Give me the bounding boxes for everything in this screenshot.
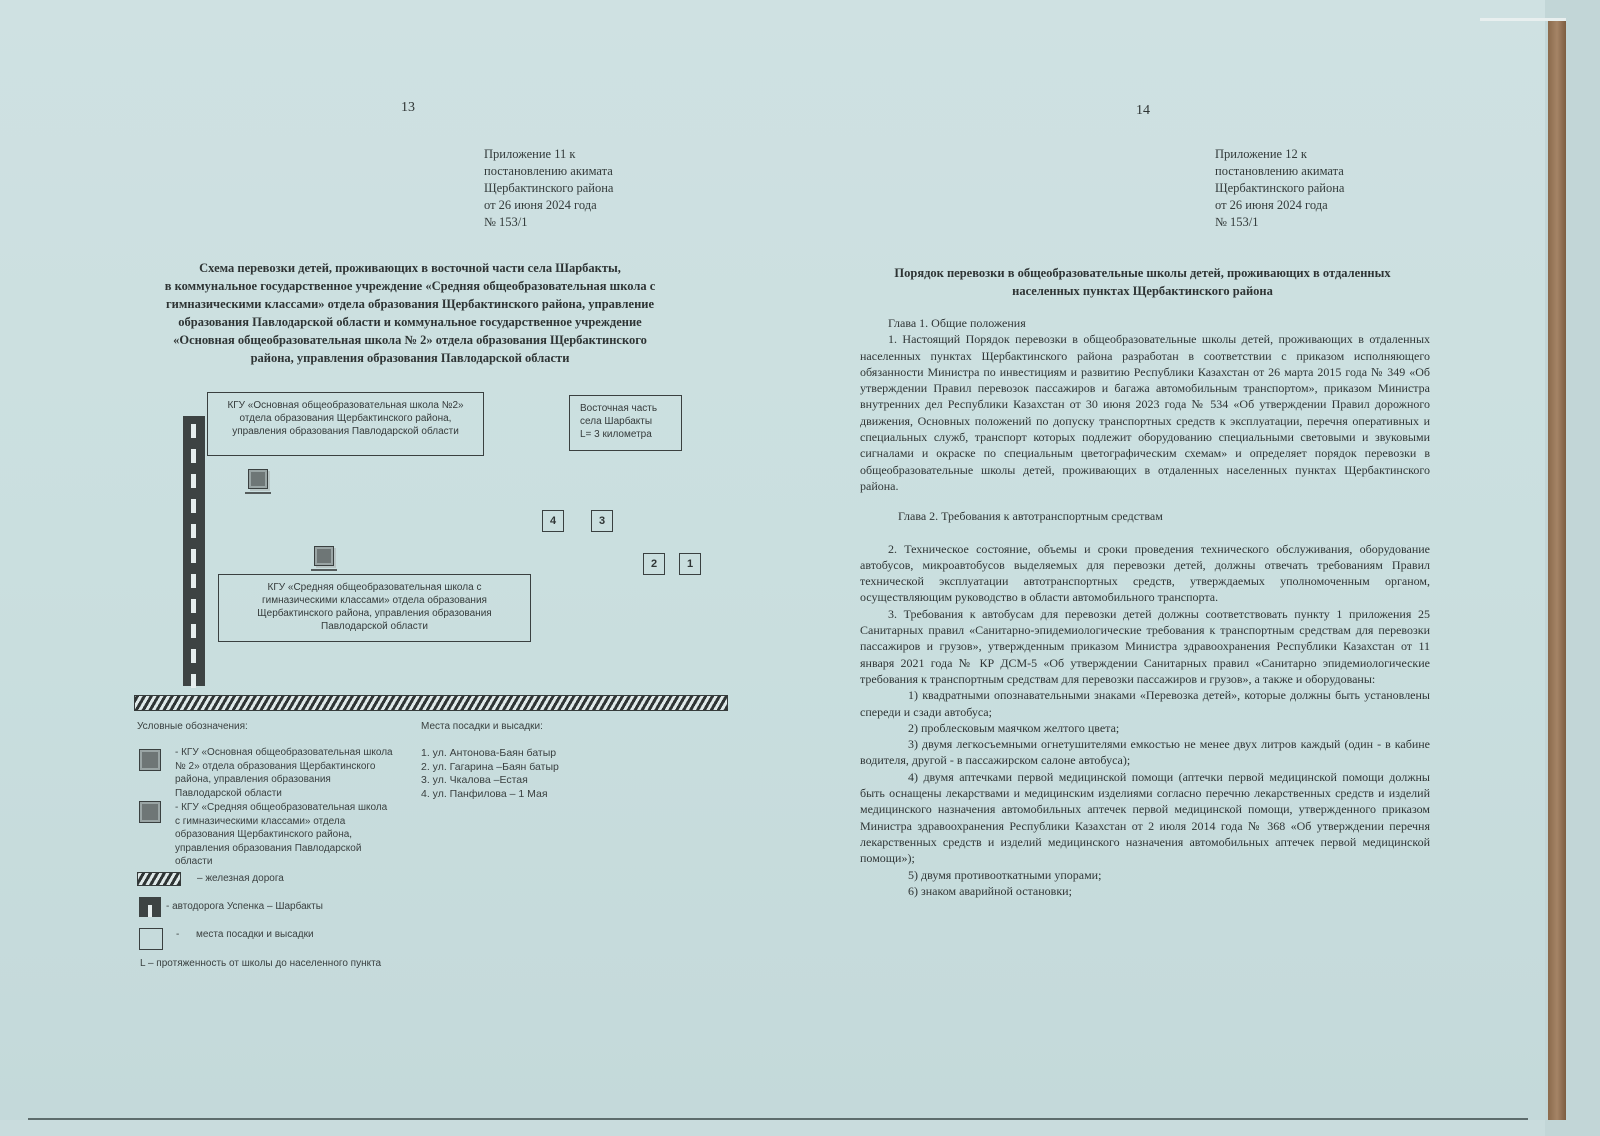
road-dash	[191, 674, 196, 688]
page-bottom-edge	[28, 1118, 1528, 1120]
east-box-line: Восточная часть	[580, 402, 671, 415]
paper-edge	[1480, 18, 1566, 21]
road-dash	[191, 549, 196, 563]
appendix-line: постановлению акимата	[484, 163, 613, 180]
order-body: Глава 1. Общие положения 1. Настоящий По…	[860, 315, 1430, 899]
paragraph-1: 1. Настоящий Порядок перевозки в общеобр…	[860, 331, 1430, 494]
appendix-line: № 153/1	[484, 214, 613, 231]
stops-list-item: 4. ул. Панфилова – 1 Мая	[421, 788, 559, 802]
paragraph-3: 3. Требования к автобусам для перевозки …	[860, 606, 1430, 687]
road-dash	[191, 499, 196, 513]
appendix-line: Щербактинского района	[1215, 180, 1344, 197]
appendix-line: Щербактинского района	[484, 180, 613, 197]
stops-list-item: 3. ул. Чкалова –Естая	[421, 774, 559, 788]
paragraph-2: 2. Техническое состояние, объемы и сроки…	[860, 541, 1430, 606]
appendix-line: Приложение 11 к	[484, 146, 613, 163]
page-number-left: 13	[401, 100, 415, 116]
title-line: Схема перевозки детей, проживающих в вос…	[110, 259, 710, 277]
appendix-line: от 26 июня 2024 года	[1215, 197, 1344, 214]
title-line: населенных пунктах Щербактинского района	[850, 282, 1435, 300]
title-line: образования Павлодарской области и комму…	[110, 313, 710, 331]
appendix-line: от 26 июня 2024 года	[484, 197, 613, 214]
document-spread: 13 Приложение 11 к постановлению акимата…	[0, 0, 1560, 1120]
school-gym-box: КГУ «Средняя общеобразовательная школа с…	[218, 574, 531, 642]
title-line: в коммунальное государственное учреждени…	[110, 277, 710, 295]
railway	[134, 695, 728, 711]
road-dash	[191, 474, 196, 488]
legend-road: - автодорога Успенка – Шарбакты	[166, 900, 323, 914]
legend-school-gym: - КГУ «Средняя общеобразовательная школа…	[175, 801, 390, 869]
road-dash	[191, 574, 196, 588]
school-2-box: КГУ «Основная общеобразовательная школа …	[207, 392, 484, 456]
title-line: «Основная общеобразовательная школа № 2»…	[110, 331, 710, 349]
list-item: 2) проблесковым маячком желтого цвета;	[860, 720, 1430, 736]
legend-stop-icon	[139, 928, 163, 950]
legend-school-2: - КГУ «Основная общеобразовательная школ…	[175, 746, 395, 800]
stops-list-item: 1. ул. Антонова-Баян батыр	[421, 747, 559, 761]
title-line: Порядок перевозки в общеобразовательные …	[850, 264, 1435, 282]
scheme-title: Схема перевозки детей, проживающих в вос…	[110, 259, 710, 367]
stops-list-title: Места посадки и высадки:	[421, 721, 543, 732]
list-item: 1) квадратными опознавательными знаками …	[860, 687, 1430, 720]
east-box-line: села Шарбакты	[580, 415, 671, 428]
legend-school-2-icon	[139, 749, 161, 771]
legend-school-gym-icon	[139, 801, 161, 823]
legend-title: Условные обозначения:	[137, 721, 248, 732]
road-dash	[191, 524, 196, 538]
stop-4: 4	[542, 510, 564, 532]
order-title: Порядок перевозки в общеобразовательные …	[850, 264, 1435, 300]
page-number-right: 14	[1136, 103, 1150, 119]
school-2-marker-icon	[248, 469, 268, 489]
legend-railway: – железная дорога	[197, 872, 284, 886]
title-line: района, управления образования Павлодарс…	[110, 349, 710, 367]
road-dash	[191, 599, 196, 613]
highway-road	[183, 416, 205, 686]
list-item: 3) двумя легкосъемными огнетушителями ем…	[860, 736, 1430, 769]
road-dash	[191, 624, 196, 638]
stops-list-item: 2. ул. Гагарина –Баян батыр	[421, 761, 559, 775]
wooden-edge	[1548, 20, 1566, 1120]
school-gym-marker-icon	[314, 546, 334, 566]
appendix-header-right: Приложение 12 к постановлению акимата Ще…	[1215, 146, 1344, 231]
legend-stop: - места посадки и высадки	[176, 928, 314, 942]
east-village-box: Восточная часть села Шарбакты L= 3 килом…	[569, 395, 682, 451]
appendix-line: Приложение 12 к	[1215, 146, 1344, 163]
appendix-header-left: Приложение 11 к постановлению акимата Ще…	[484, 146, 613, 231]
stop-3: 3	[591, 510, 613, 532]
road-dash	[191, 649, 196, 663]
appendix-line: постановлению акимата	[1215, 163, 1344, 180]
legend-railway-icon	[137, 872, 181, 886]
road-dash	[191, 449, 196, 463]
east-box-line: L= 3 километра	[580, 428, 671, 441]
list-item: 6) знаком аварийной остановки;	[860, 883, 1430, 899]
list-item: 5) двумя противооткатными упорами;	[860, 867, 1430, 883]
legend-length-note: L – протяженность от школы до населенног…	[140, 957, 381, 971]
road-dash	[191, 424, 196, 438]
chapter-1-heading: Глава 1. Общие положения	[860, 315, 1430, 331]
stops-list: 1. ул. Антонова-Баян батыр 2. ул. Гагари…	[421, 747, 559, 801]
appendix-line: № 153/1	[1215, 214, 1344, 231]
legend-road-icon	[139, 897, 161, 917]
list-item: 4) двумя аптечками первой медицинской по…	[860, 769, 1430, 867]
stop-2: 2	[643, 553, 665, 575]
stop-1: 1	[679, 553, 701, 575]
chapter-2-heading: Глава 2. Требования к автотранспортным с…	[860, 508, 1430, 524]
title-line: гимназическими классами» отдела образова…	[110, 295, 710, 313]
